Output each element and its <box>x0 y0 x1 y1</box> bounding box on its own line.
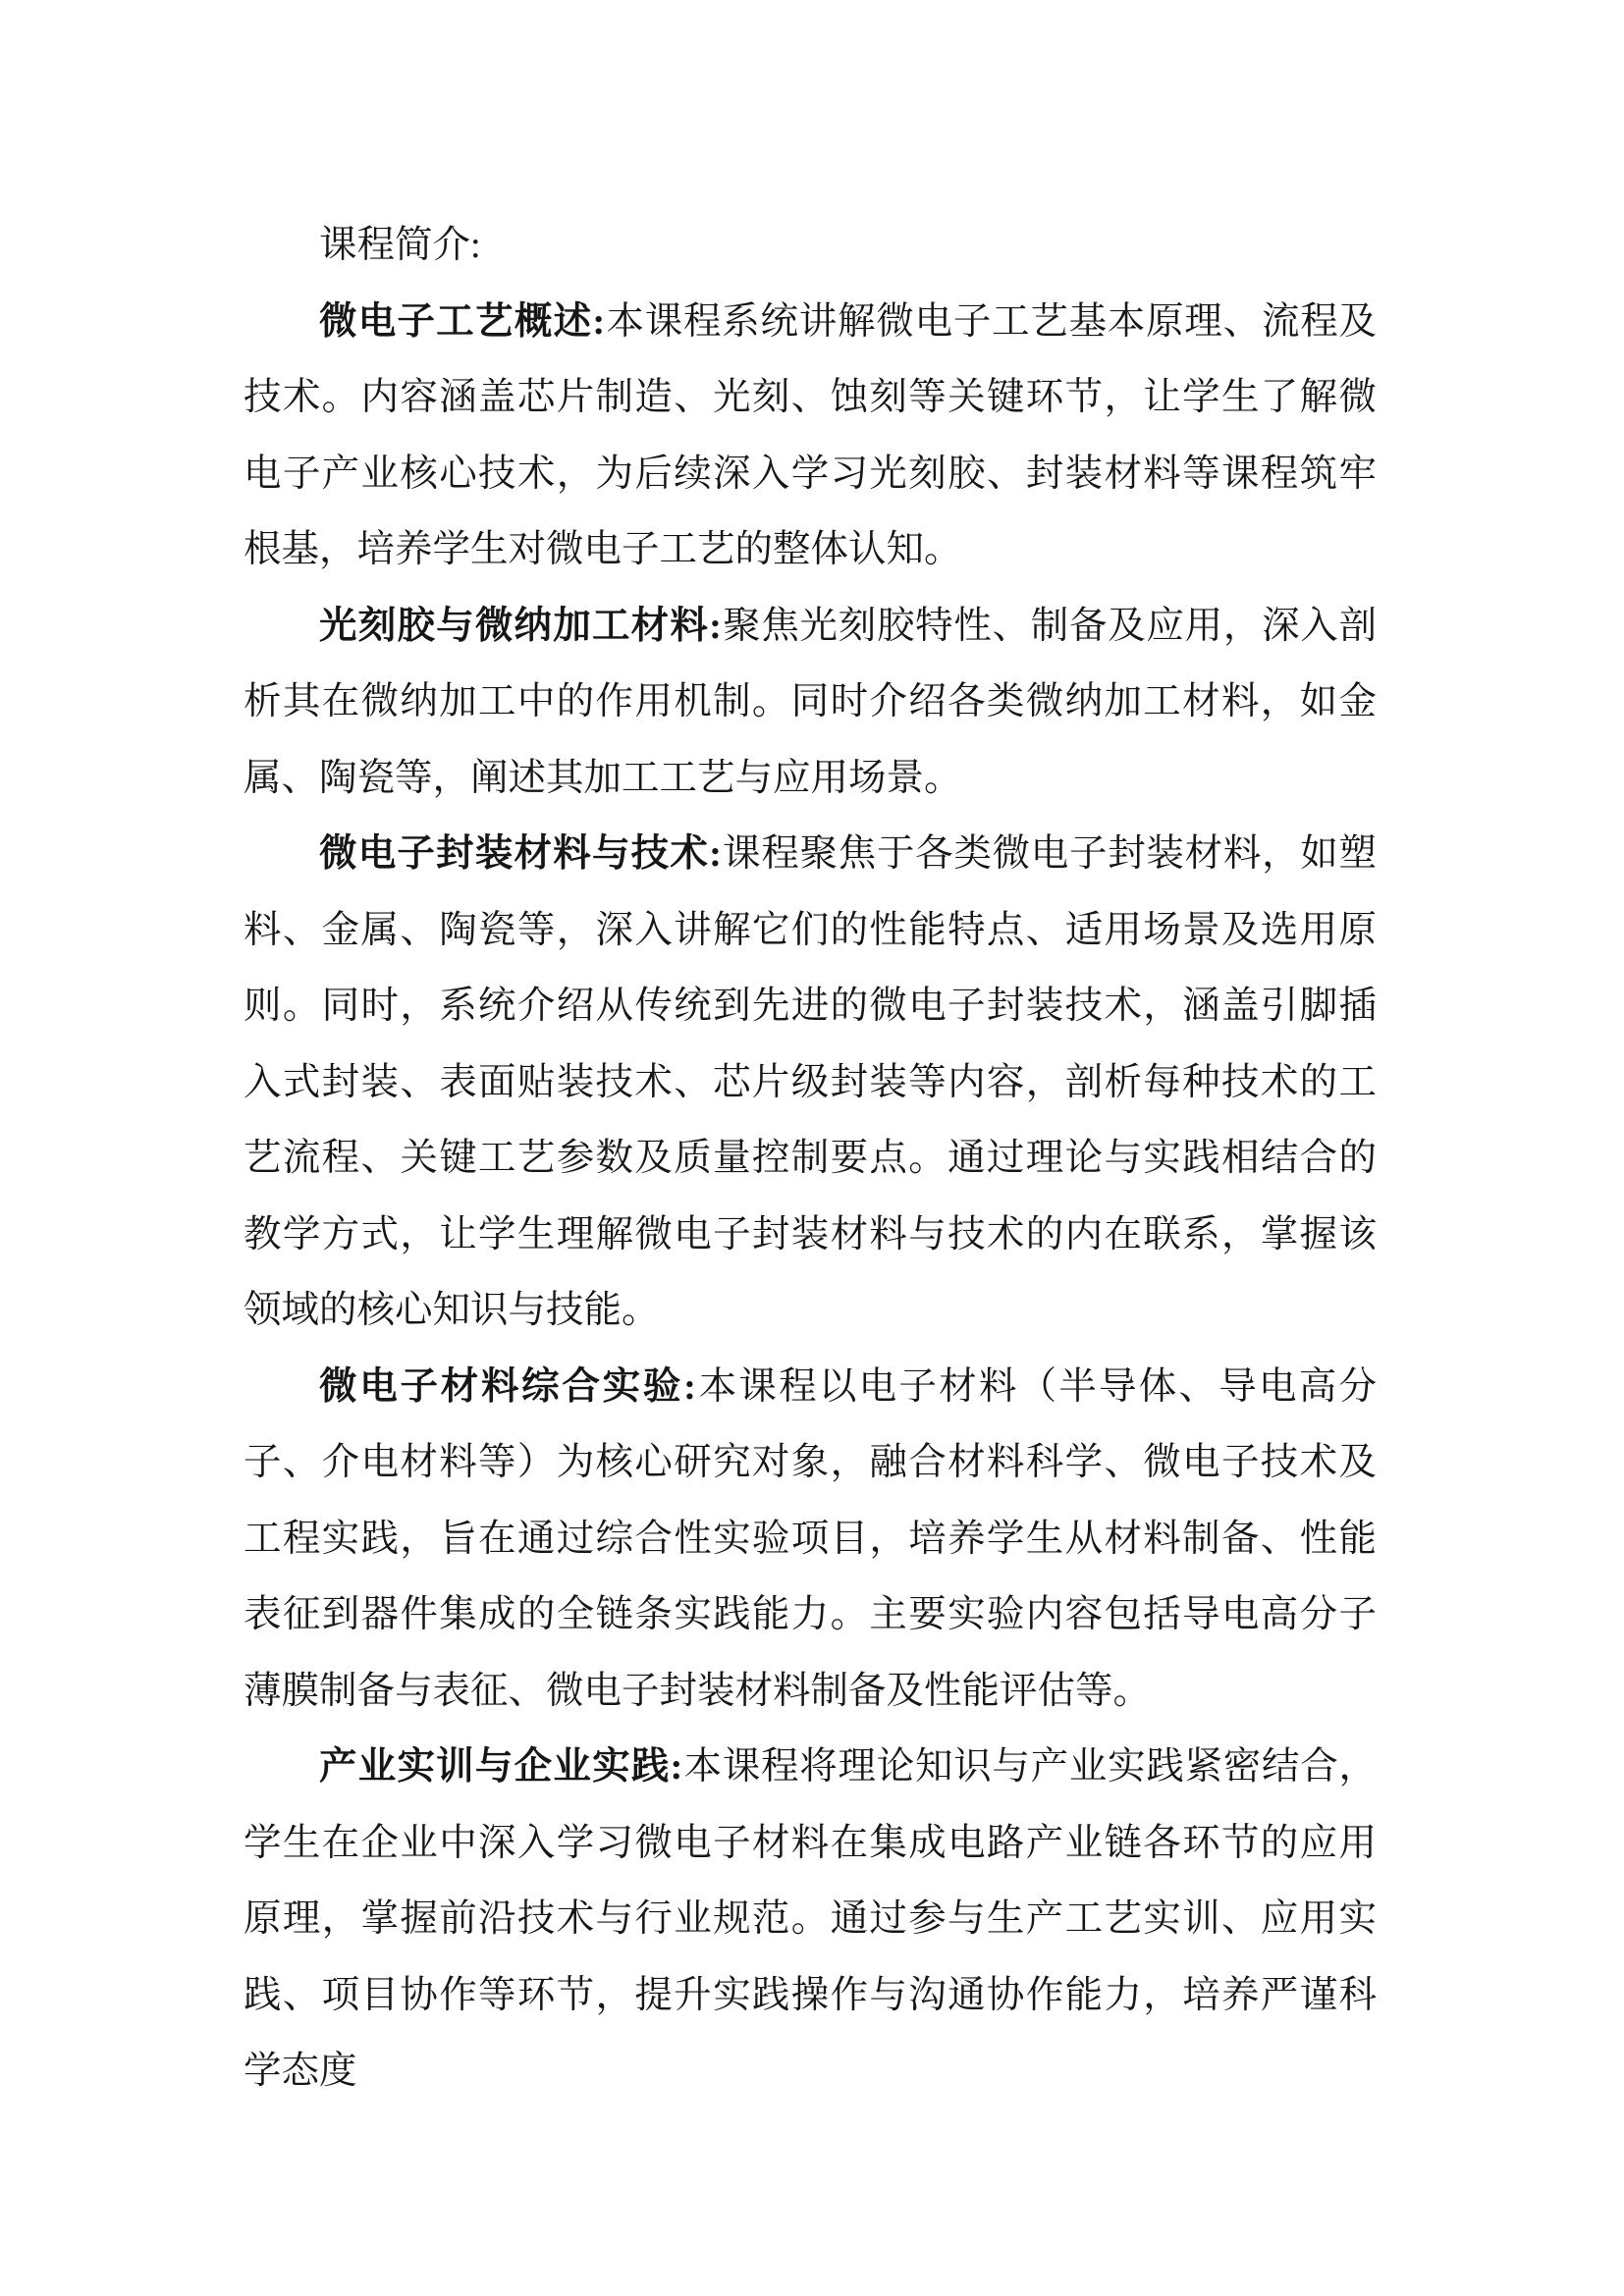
course-description-materials-comprehensive-experiment: 本课程以电子材料（半导体、导电高分子、介电材料等）为核心研究对象，融合材料科学、… <box>244 1366 1377 1712</box>
course-title-packaging-materials-technology: 微电子封装材料与技术: <box>319 833 722 875</box>
course-intro-heading: 课程简介: <box>244 208 1377 285</box>
paragraph-industry-training-enterprise-practice: 产业实训与企业实践:本课程将理论知识与产业实践紧密结合，学生在企业中深入学习微电… <box>244 1730 1377 2110</box>
course-description-packaging-materials-technology: 课程聚焦于各类微电子封装材料，如塑料、金属、陶瓷等，深入讲解它们的性能特点、适用… <box>244 833 1377 1331</box>
paragraph-materials-comprehensive-experiment: 微电子材料综合实验:本课程以电子材料（半导体、导电高分子、介电材料等）为核心研究… <box>244 1350 1377 1731</box>
paragraph-microelectronics-process-overview: 微电子工艺概述:本课程系统讲解微电子工艺基本原理、流程及技术。内容涵盖芯片制造、… <box>244 285 1377 589</box>
course-title-photoresist-micronano-materials: 光刻胶与微纳加工材料: <box>319 606 722 647</box>
course-title-materials-comprehensive-experiment: 微电子材料综合实验: <box>319 1366 696 1408</box>
paragraph-packaging-materials-technology: 微电子封装材料与技术:课程聚焦于各类微电子封装材料，如塑料、金属、陶瓷等，深入讲… <box>244 817 1377 1350</box>
document-page: 课程简介: 微电子工艺概述:本课程系统讲解微电子工艺基本原理、流程及技术。内容涵… <box>0 0 1624 2296</box>
course-description-industry-training-enterprise-practice: 本课程将理论知识与产业实践紧密结合，学生在企业中深入学习微电子材料在集成电路产业… <box>244 1746 1377 2092</box>
paragraph-photoresist-micronano-materials: 光刻胶与微纳加工材料:聚焦光刻胶特性、制备及应用，深入剖析其在微纳加工中的作用机… <box>244 589 1377 818</box>
course-title-industry-training-enterprise-practice: 产业实训与企业实践: <box>319 1746 683 1788</box>
course-title-microelectronics-process-overview: 微电子工艺概述: <box>319 301 606 343</box>
